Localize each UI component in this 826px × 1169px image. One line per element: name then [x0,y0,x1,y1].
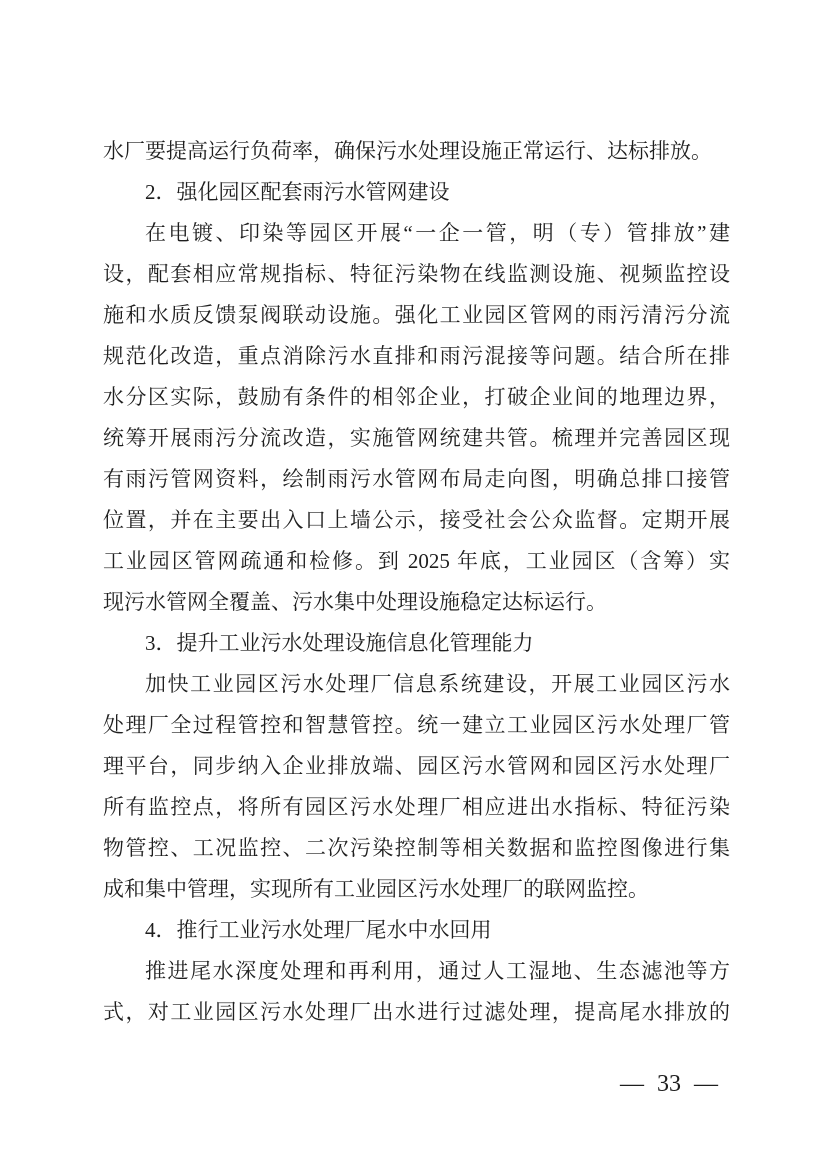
body-line: 设，配套相应常规指标、特征污染物在线监测设施、视频监控设 [103,254,730,295]
body-line: 成和集中管理，实现所有工业园区污水处理厂的联网监控。 [103,869,730,910]
body-line: 规范化改造，重点消除污水直排和雨污混接等问题。结合所在排 [103,336,730,377]
body-line: 式，对工业园区污水处理厂出水进行过滤处理，提高尾水排放的 [103,992,730,1033]
document-page: 水厂要提高运行负荷率，确保污水处理设施正常运行、达标排放。 2．强化园区配套雨污… [0,0,826,1169]
body-line: 现污水管网全覆盖、污水集中处理设施稳定达标运行。 [103,582,730,623]
body-line: 加快工业园区污水处理厂信息系统建设，开展工业园区污水 [103,664,730,705]
page-number-dash-right: — [694,1071,718,1097]
section-heading-4: 4．推行工业污水处理厂尾水中水回用 [103,910,730,951]
section-heading-3: 3．提升工业污水处理设施信息化管理能力 [103,623,730,664]
page-number: 33 [657,1068,681,1100]
body-line: 理平台，同步纳入企业排放端、园区污水管网和园区污水处理厂 [103,746,730,787]
section-heading-2: 2．强化园区配套雨污水管网建设 [103,172,730,213]
body-line: 位置，并在主要出入口上墙公示，接受社会公众监督。定期开展 [103,500,730,541]
body-line: 在电镀、印染等园区开展“一企一管，明（专）管排放”建 [103,213,730,254]
body-line: 有雨污管网资料，绘制雨污水管网布局走向图，明确总排口接管 [103,459,730,500]
body-line: 工业园区管网疏通和检修。到 2025 年底，工业园区（含筹）实 [103,541,730,582]
body-line: 施和水质反馈泵阀联动设施。强化工业园区管网的雨污清污分流 [103,295,730,336]
body-line: 物管控、工况监控、二次污染控制等相关数据和监控图像进行集 [103,828,730,869]
body-line: 水分区实际，鼓励有条件的相邻企业，打破企业间的地理边界， [103,377,730,418]
page-footer: —33— [0,1068,718,1100]
body-line: 所有监控点，将所有园区污水处理厂相应进出水指标、特征污染 [103,787,730,828]
body-line: 处理厂全过程管控和智慧管控。统一建立工业园区污水处理厂管 [103,705,730,746]
page-number-dash-left: — [620,1071,644,1097]
document-body: 水厂要提高运行负荷率，确保污水处理设施正常运行、达标排放。 2．强化园区配套雨污… [103,131,730,1033]
body-line: 统筹开展雨污分流改造，实施管网统建共管。梳理并完善园区现 [103,418,730,459]
body-line: 水厂要提高运行负荷率，确保污水处理设施正常运行、达标排放。 [103,131,730,172]
body-line: 推进尾水深度处理和再利用，通过人工湿地、生态滤池等方 [103,951,730,992]
